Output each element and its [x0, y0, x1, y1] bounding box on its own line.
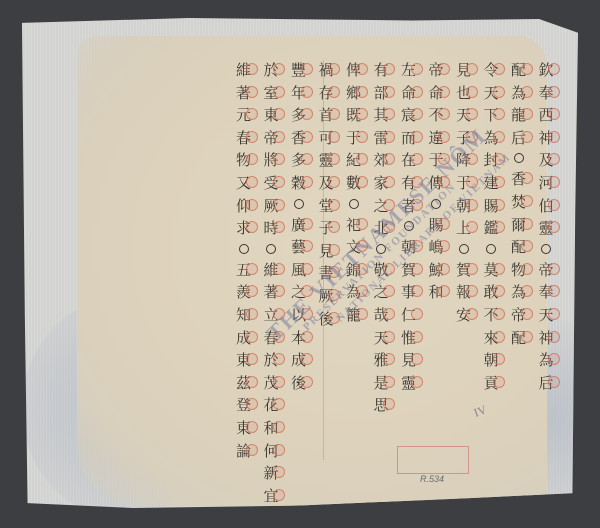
- glyph: 豐: [289, 60, 309, 80]
- glyph: 穀: [289, 173, 309, 193]
- punctuation-circle: [514, 153, 524, 163]
- glyph: 為: [536, 350, 556, 370]
- punctuation-circle: [486, 244, 496, 254]
- glyph: 受: [261, 173, 281, 193]
- glyph: 可: [316, 128, 336, 148]
- glyph: 茂: [261, 373, 281, 393]
- glyph: 風: [289, 260, 309, 280]
- glyph: 靈: [399, 373, 419, 393]
- glyph: 帝: [426, 60, 446, 80]
- glyph: 令: [481, 60, 501, 80]
- glyph: 見: [399, 350, 419, 370]
- glyph: 既: [344, 105, 364, 125]
- glyph: 茲: [234, 373, 254, 393]
- glyph: 何: [261, 441, 281, 461]
- glyph: 上: [454, 218, 474, 238]
- glyph: 賜: [481, 196, 501, 216]
- glyph: 左: [399, 60, 419, 80]
- glyph: 東: [234, 350, 254, 370]
- glyph: 將: [261, 150, 281, 170]
- glyph: 多: [289, 150, 309, 170]
- glyph: 物: [234, 150, 254, 170]
- glyph: 天: [481, 83, 501, 103]
- glyph: 帝: [509, 305, 529, 325]
- glyph: 春: [234, 128, 254, 148]
- glyph: 東: [234, 418, 254, 438]
- glyph: 報: [454, 282, 474, 302]
- glyph: 元: [234, 105, 254, 125]
- text-column: 配為龍后香焚爾配物為帝配: [508, 60, 530, 350]
- library-stamp: [397, 446, 469, 474]
- glyph: 莫: [481, 260, 501, 280]
- glyph: 靈: [536, 218, 556, 238]
- punctuation-circle: [239, 244, 249, 254]
- glyph: 其: [371, 105, 391, 125]
- glyph: 東: [261, 105, 281, 125]
- glyph: 鯨: [426, 260, 446, 280]
- glyph: 賀: [454, 260, 474, 280]
- glyph: 帝: [261, 128, 281, 148]
- glyph: 藝: [289, 237, 309, 257]
- glyph: 朝: [481, 350, 501, 370]
- glyph: 後: [289, 373, 309, 393]
- glyph: 首: [316, 105, 336, 125]
- glyph: 又: [234, 173, 254, 193]
- glyph: 河: [536, 173, 556, 193]
- glyph: 靈: [316, 150, 336, 170]
- text-column: 維著元春物又仰求五羨知成東茲登東論: [233, 60, 255, 463]
- glyph: 奉: [536, 282, 556, 302]
- glyph: 禍: [316, 60, 336, 80]
- glyph: 部: [371, 83, 391, 103]
- glyph: 有: [371, 60, 391, 80]
- glyph: 花: [261, 395, 281, 415]
- glyph: 神: [536, 128, 556, 148]
- glyph: 天: [536, 305, 556, 325]
- catalog-number: R.534: [420, 474, 444, 484]
- glyph: 也: [454, 83, 474, 103]
- glyph: 思: [371, 395, 391, 415]
- glyph: 西: [536, 105, 556, 125]
- glyph: 數: [344, 173, 364, 193]
- glyph: 五: [234, 260, 254, 280]
- glyph: 及: [316, 173, 336, 193]
- glyph: 郊: [371, 150, 391, 170]
- glyph: 天: [454, 105, 474, 125]
- glyph: 成: [234, 328, 254, 348]
- punctuation-circle: [294, 199, 304, 209]
- glyph: 鄉: [344, 83, 364, 103]
- punctuation-circle: [459, 244, 469, 254]
- glyph: 厥: [261, 196, 281, 216]
- glyph: 物: [509, 260, 529, 280]
- glyph: 見: [454, 60, 474, 80]
- glyph: 多: [289, 105, 309, 125]
- glyph: 著: [261, 282, 281, 302]
- glyph: 於: [261, 350, 281, 370]
- glyph: 伯: [536, 196, 556, 216]
- glyph: 后: [509, 128, 529, 148]
- glyph: 龍: [509, 105, 529, 125]
- glyph: 安: [454, 305, 474, 325]
- glyph: 知: [234, 305, 254, 325]
- glyph: 惟: [399, 328, 419, 348]
- glyph: 在: [399, 150, 419, 170]
- glyph: 敢: [481, 282, 501, 302]
- glyph: 仰: [234, 196, 254, 216]
- glyph: 雅: [371, 350, 391, 370]
- glyph: 年: [289, 83, 309, 103]
- glyph: 事: [399, 282, 419, 302]
- glyph: 配: [509, 237, 529, 257]
- glyph: 存: [316, 83, 336, 103]
- glyph: 鑑: [481, 218, 501, 238]
- punctuation-circle: [349, 199, 359, 209]
- glyph: 羨: [234, 282, 254, 302]
- glyph: 維: [261, 260, 281, 280]
- text-column: 豐年多香多穀廣藝風之以本成後: [288, 60, 310, 395]
- glyph: 香: [289, 128, 309, 148]
- glyph: 不: [481, 305, 501, 325]
- glyph: 神: [536, 328, 556, 348]
- glyph: 命: [399, 83, 419, 103]
- glyph: 配: [509, 328, 529, 348]
- glyph: 和: [426, 282, 446, 302]
- glyph: 子: [316, 218, 336, 238]
- glyph: 於: [261, 60, 281, 80]
- glyph: 來: [481, 328, 501, 348]
- glyph: 維: [234, 60, 254, 80]
- glyph: 下: [481, 105, 501, 125]
- glyph: 哉: [371, 305, 391, 325]
- glyph: 廣: [289, 215, 309, 235]
- glyph: 帝: [536, 260, 556, 280]
- glyph: 于: [344, 128, 364, 148]
- glyph: 宸: [399, 105, 419, 125]
- glyph: 堂: [316, 196, 336, 216]
- glyph: 配: [509, 60, 529, 80]
- glyph: 和: [261, 418, 281, 438]
- glyph: 爾: [509, 215, 529, 235]
- glyph: 雷: [371, 128, 391, 148]
- glyph: 仁: [399, 305, 419, 325]
- glyph: 香: [509, 169, 529, 189]
- glyph: 天: [371, 328, 391, 348]
- glyph: 室: [261, 83, 281, 103]
- glyph: 新: [261, 463, 281, 483]
- glyph: 命: [426, 83, 446, 103]
- glyph: 及: [536, 150, 556, 170]
- glyph: 紀: [344, 150, 364, 170]
- glyph: 著: [234, 83, 254, 103]
- glyph: 違: [426, 128, 446, 148]
- glyph: 奉: [536, 83, 556, 103]
- glyph: 時: [261, 218, 281, 238]
- glyph: 是: [371, 373, 391, 393]
- text-column: 欽奉西神及河伯靈帝奉天神為后: [535, 60, 557, 395]
- glyph: 而: [399, 128, 419, 148]
- glyph: 俾: [344, 60, 364, 80]
- glyph: 登: [234, 395, 254, 415]
- glyph: 為: [509, 83, 529, 103]
- glyph: 成: [289, 350, 309, 370]
- glyph: 后: [536, 373, 556, 393]
- punctuation-circle: [541, 244, 551, 254]
- glyph: 焚: [509, 192, 529, 212]
- glyph: 求: [234, 218, 254, 238]
- text-column: 於室東帝將受厥時維著立春於茂花和何新宜: [260, 60, 282, 508]
- glyph: 貢: [481, 373, 501, 393]
- glyph: 不: [426, 105, 446, 125]
- glyph: 家: [371, 173, 391, 193]
- glyph: 為: [509, 282, 529, 302]
- text-column: 令天下為封建賜鑑莫敢不來朝貢: [480, 60, 502, 395]
- glyph: 論: [234, 441, 254, 461]
- glyph: 欽: [536, 60, 556, 80]
- glyph: 宜: [261, 486, 281, 506]
- punctuation-circle: [266, 244, 276, 254]
